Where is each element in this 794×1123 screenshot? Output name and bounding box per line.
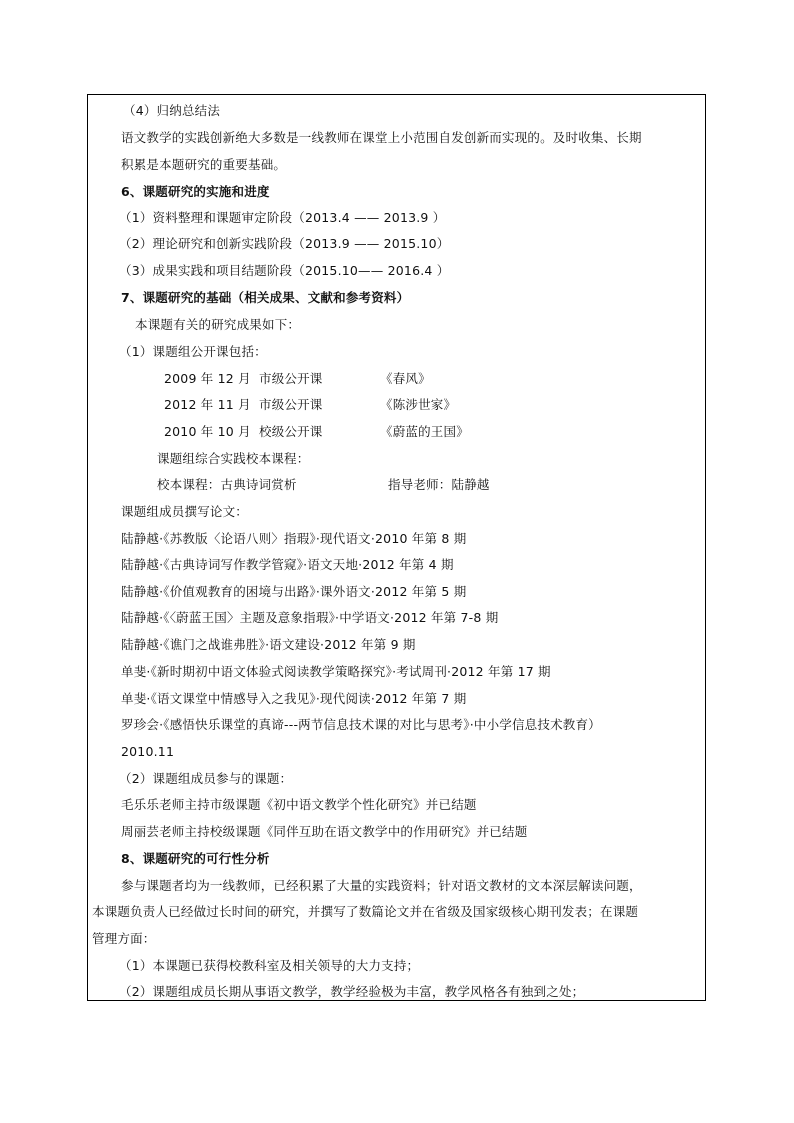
course-name: 校本课程：古典诗词赏析: [157, 476, 297, 494]
feasibility-item: （1）本课题已获得校教科室及相关领导的大力支持；: [119, 957, 419, 975]
paragraph-line: 课题组综合实践校本课程：: [157, 450, 309, 468]
paper-entry: 陆静越·《谯门之战谁弗胜》·语文建设·2012 年第 9 期: [121, 636, 416, 654]
project-entry: 周丽芸老师主持校级课题《同伴互助在语文教学中的作用研究》并已结题: [121, 823, 527, 841]
open-class-level: 市级公开课: [259, 370, 323, 388]
paragraph-line: 管理方面：: [92, 930, 156, 948]
paper-entry: 陆静越·《〈蔚蓝王国〉主题及意象指瑕》·中学语文·2012 年第 7-8 期: [121, 609, 498, 627]
paper-entry: 罗珍会·《感悟快乐课堂的真谛---两节信息技术课的对比与思考》·中小学信息技术教…: [121, 716, 601, 734]
section-heading-8: 8、课题研究的可行性分析: [121, 850, 270, 868]
open-class-title: 《陈涉世家》: [380, 396, 456, 414]
open-class-title: 《蔚蓝的王国》: [380, 423, 469, 441]
paper-entry: 单斐·《新时期初中语文体验式阅读教学策略探究》·考试周刊·2012 年第 17 …: [121, 663, 551, 681]
schedule-item: （1）资料整理和课题审定阶段（2013.4 —— 2013.9 ）: [119, 209, 445, 227]
section-heading-7: 7、课题研究的基础（相关成果、文献和参考资料）: [121, 289, 409, 307]
schedule-item: （2）理论研究和创新实践阶段（2013.9 —— 2015.10）: [119, 235, 449, 253]
schedule-item: （3）成果实践和项目结题阶段（2015.10—— 2016.4 ）: [119, 262, 449, 280]
section-heading-6: 6、课题研究的实施和进度: [121, 183, 270, 201]
course-teacher: 指导老师：陆静越: [388, 476, 490, 494]
feasibility-item: （2）课题组成员长期从事语文教学，教学经验极为丰富，教学风格各有独到之处；: [119, 983, 584, 1001]
open-class-date: 2010 年 10 月: [164, 423, 251, 441]
paragraph-line: 本课题有关的研究成果如下：: [135, 316, 300, 334]
project-entry: 毛乐乐老师主持市级课题《初中语文教学个性化研究》并已结题: [121, 796, 477, 814]
open-class-title: 《春风》: [380, 370, 431, 388]
paper-entry: 陆静越·《古典诗词写作教学管窥》·语文天地·2012 年第 4 期: [121, 556, 454, 574]
open-class-date: 2009 年 12 月: [164, 370, 251, 388]
open-class-level: 市级公开课: [259, 396, 323, 414]
paragraph-line: 课题组成员撰写论文：: [121, 503, 248, 521]
paper-entry-date: 2010.11: [121, 743, 174, 761]
method-item-4: （4）归纳总结法: [123, 102, 220, 120]
open-class-date: 2012 年 11 月: [164, 396, 251, 414]
paragraph-line: 积累是本题研究的重要基础。: [121, 156, 286, 174]
open-class-level: 校级公开课: [259, 423, 323, 441]
sub-heading: （1）课题组公开课包括：: [119, 343, 267, 361]
paragraph-line: 本课题负责人已经做过长时间的研究，并撰写了数篇论文并在省级及国家级核心期刊发表；…: [92, 903, 638, 921]
sub-heading: （2）课题组成员参与的课题：: [119, 770, 292, 788]
paper-entry: 单斐·《语文课堂中情感导入之我见》·现代阅读·2012 年第 7 期: [121, 690, 466, 708]
paper-entry: 陆静越·《苏教版〈论语八则〉指瑕》·现代语文·2010 年第 8 期: [121, 530, 466, 548]
paragraph-line: 参与课题者均为一线教师，已经积累了大量的实践资料；针对语文教材的文本深层解读问题…: [121, 877, 642, 895]
paragraph-line: 语文教学的实践创新绝大多数是一线教师在课堂上小范围自发创新而实现的。及时收集、长…: [121, 129, 642, 147]
paper-entry: 陆静越·《价值观教育的困境与出路》·课外语文·2012 年第 5 期: [121, 583, 466, 601]
